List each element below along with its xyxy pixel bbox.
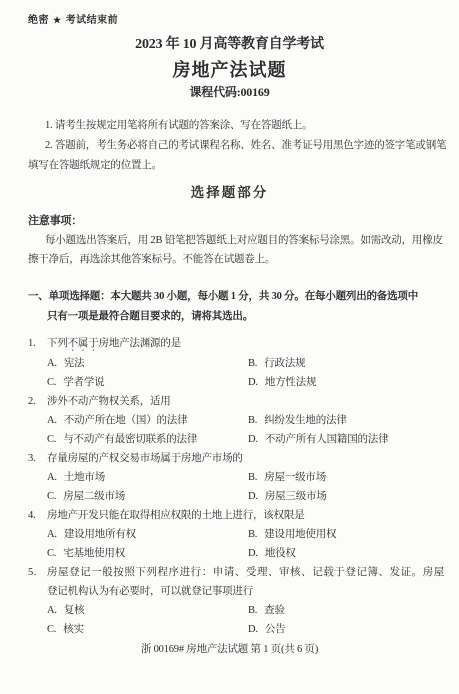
question-3: 3.存量房屋的产权交易市场属于房地产市场的 A.土地市场 B.房屋一级市场 C.… <box>28 449 445 506</box>
option-label: A. <box>47 354 57 373</box>
option-text: 房屋二级市场 <box>63 487 125 506</box>
secrecy-label: 绝密 <box>28 15 49 26</box>
instruction-line-2-cont: 填写在答题纸规定的位置上。 <box>28 156 445 176</box>
option-text: 房屋三级市场 <box>265 487 327 506</box>
instructions-block: 1. 请考生按规定用笔将所有试题的答案涂、写在答题纸上。 2. 答题前，考生务必… <box>28 116 445 176</box>
question-stem: 3.存量房屋的产权交易市场属于房地产市场的 <box>28 449 445 468</box>
option-text: 学者学说 <box>63 373 104 392</box>
options-grid: A.不动产所在地（国）的法律 B.纠纷发生地的法律 C.与不动产有最密切联系的法… <box>47 411 445 449</box>
option-text: 宅基地使用权 <box>63 544 125 563</box>
option-label: C. <box>47 544 56 563</box>
notes-label: 注意事项： <box>28 212 445 231</box>
option-c: C.核实 <box>47 620 248 639</box>
option-label: A. <box>47 525 57 544</box>
option-a: A.宪法 <box>47 354 248 373</box>
option-c: C.学者学说 <box>47 373 248 392</box>
option-c: C.宅基地使用权 <box>47 544 248 563</box>
option-a: A.建设用地所有权 <box>47 525 248 544</box>
star-icon: ★ <box>49 15 66 25</box>
question-stem: 4.房地产开发只能在取得相应权限的土地上进行，该权限是 <box>28 506 445 525</box>
option-b: B.查验 <box>248 601 445 620</box>
option-text: 建设用地使用权 <box>264 525 336 544</box>
timing-label: 考试结束前 <box>66 15 119 26</box>
option-text: 公告 <box>265 620 286 639</box>
option-c: C.与不动产有最密切联系的法律 <box>47 430 248 449</box>
question-number: 2. <box>28 392 35 411</box>
option-a: A.不动产所在地（国）的法律 <box>47 411 248 430</box>
stem-emphasis: 不属于 <box>68 338 99 349</box>
option-label: D. <box>248 373 258 392</box>
option-label: D. <box>248 620 258 639</box>
option-d: D.不动产所有人国籍国的法律 <box>248 430 445 449</box>
option-label: B. <box>248 601 257 620</box>
question-stem: 1.下列不属于房地产法渊源的是 <box>28 334 445 354</box>
question-4: 4.房地产开发只能在取得相应权限的土地上进行，该权限是 A.建设用地所有权 B.… <box>28 506 445 563</box>
exam-session-title: 2023 年 10 月高等教育自学考试 <box>0 35 459 55</box>
classification-banner: 绝密★考试结束前 <box>28 14 445 27</box>
option-label: C. <box>47 373 56 392</box>
question-5: 5.房屋登记一般按照下列程序进行：申请、受理、审核、记载于登记簿、发证。房屋 登… <box>28 563 445 639</box>
option-text: 核实 <box>63 620 84 639</box>
option-label: D. <box>248 544 258 563</box>
option-label: A. <box>47 411 57 430</box>
stem-text: 下列 <box>47 338 68 349</box>
question-number: 3. <box>28 449 35 468</box>
paper-title: 房地产法试题 <box>0 58 459 82</box>
option-label: A. <box>47 601 57 620</box>
options-grid: A.建设用地所有权 B.建设用地使用权 C.宅基地使用权 D.地役权 <box>47 525 445 563</box>
option-b: B.房屋一级市场 <box>248 468 445 487</box>
option-b: B.行政法规 <box>248 354 445 373</box>
page-footer: 浙 00169# 房地产法试题 第 1 页(共 6 页) <box>0 642 459 657</box>
section-heading: 一、单项选择题：本大题共 30 小题，每小题 1 分，共 30 分。在每小题列出… <box>28 287 445 327</box>
instruction-line-2: 2. 答题前，考生务必将自己的考试课程名称、姓名、准考证号用黑色字迹的签字笔或钢… <box>28 136 445 156</box>
option-d: D.公告 <box>248 620 445 639</box>
option-text: 查验 <box>264 601 285 620</box>
option-text: 建设用地所有权 <box>64 525 136 544</box>
question-1: 1.下列不属于房地产法渊源的是 A.宪法 B.行政法规 C.学者学说 D.地方性… <box>28 334 445 392</box>
option-a: A.土地市场 <box>47 468 248 487</box>
option-label: D. <box>248 430 258 449</box>
option-text: 房屋一级市场 <box>264 468 326 487</box>
option-d: D.地方性法规 <box>248 373 445 392</box>
stem-text: 涉外不动产物权关系，适用 <box>47 396 171 407</box>
stem-text: 存量房屋的产权交易市场属于房地产市场的 <box>47 453 243 464</box>
course-code: 课程代码:00169 <box>0 84 459 100</box>
option-label: B. <box>248 354 257 373</box>
option-b: B.建设用地使用权 <box>248 525 445 544</box>
option-label: B. <box>248 468 257 487</box>
options-grid: A.土地市场 B.房屋一级市场 C.房屋二级市场 D.房屋三级市场 <box>47 468 445 506</box>
option-a: A.复核 <box>47 601 248 620</box>
option-text: 不动产所有人国籍国的法律 <box>265 430 389 449</box>
option-text: 纠纷发生地的法律 <box>264 411 346 430</box>
option-text: 行政法规 <box>264 354 305 373</box>
question-number: 5. <box>28 563 37 582</box>
notes-block: 注意事项： 每小题选出答案后，用 2B 铅笔把答题纸上对应题目的答案标号涂黑。如… <box>28 212 445 269</box>
option-text: 地役权 <box>265 544 296 563</box>
option-text: 地方性法规 <box>265 373 317 392</box>
options-grid: A.复核 B.查验 C.核实 D.公告 <box>47 601 445 639</box>
question-2: 2.涉外不动产物权关系，适用 A.不动产所在地（国）的法律 B.纠纷发生地的法律… <box>28 392 445 449</box>
exam-paper-page: 绝密★考试结束前 2023 年 10 月高等教育自学考试 房地产法试题 课程代码… <box>0 0 459 694</box>
option-label: A. <box>47 468 57 487</box>
option-text: 土地市场 <box>64 468 105 487</box>
option-b: B.纠纷发生地的法律 <box>248 411 445 430</box>
option-label: D. <box>248 487 258 506</box>
instruction-line-1: 1. 请考生按规定用笔将所有试题的答案涂、写在答题纸上。 <box>28 116 445 136</box>
question-stem-continued: 登记机构认为有必要时，可以就登记事项进行 <box>28 582 445 601</box>
option-text: 不动产所在地（国）的法律 <box>64 411 188 430</box>
option-c: C.房屋二级市场 <box>47 487 248 506</box>
option-label: C. <box>47 430 56 449</box>
stem-text: 房屋登记一般按照下列程序进行：申请、受理、审核、记载于登记簿、发证。房屋 <box>47 567 445 578</box>
question-number: 1. <box>28 334 35 353</box>
options-grid: A.宪法 B.行政法规 C.学者学说 D.地方性法规 <box>47 354 445 392</box>
part-title: 选择题部分 <box>0 184 459 202</box>
option-d: D.房屋三级市场 <box>248 487 445 506</box>
option-label: C. <box>47 620 56 639</box>
option-label: B. <box>248 525 257 544</box>
question-number: 4. <box>28 506 35 525</box>
question-stem: 2.涉外不动产物权关系，适用 <box>28 392 445 411</box>
section-heading-line-1: 一、单项选择题：本大题共 30 小题，每小题 1 分，共 30 分。在每小题列出… <box>28 287 445 307</box>
questions-list: 1.下列不属于房地产法渊源的是 A.宪法 B.行政法规 C.学者学说 D.地方性… <box>28 334 445 639</box>
option-d: D.地役权 <box>248 544 445 563</box>
option-label: B. <box>248 411 257 430</box>
notes-line-1: 每小题选出答案后，用 2B 铅笔把答题纸上对应题目的答案标号涂黑。如需改动，用橡… <box>28 231 445 250</box>
option-text: 与不动产有最密切联系的法律 <box>63 430 197 449</box>
stem-text: 房地产开发只能在取得相应权限的土地上进行，该权限是 <box>47 510 305 521</box>
option-text: 复核 <box>64 601 85 620</box>
section-heading-line-2: 只有一项是最符合题目要求的，请将其选出。 <box>28 307 445 327</box>
option-text: 宪法 <box>64 354 85 373</box>
notes-line-2: 擦干净后，再选涂其他答案标号。不能答在试题卷上。 <box>28 250 445 269</box>
question-stem: 5.房屋登记一般按照下列程序进行：申请、受理、审核、记载于登记簿、发证。房屋 <box>28 563 445 582</box>
option-label: C. <box>47 487 56 506</box>
stem-text-cont: 房地产法渊源的是 <box>99 338 181 349</box>
